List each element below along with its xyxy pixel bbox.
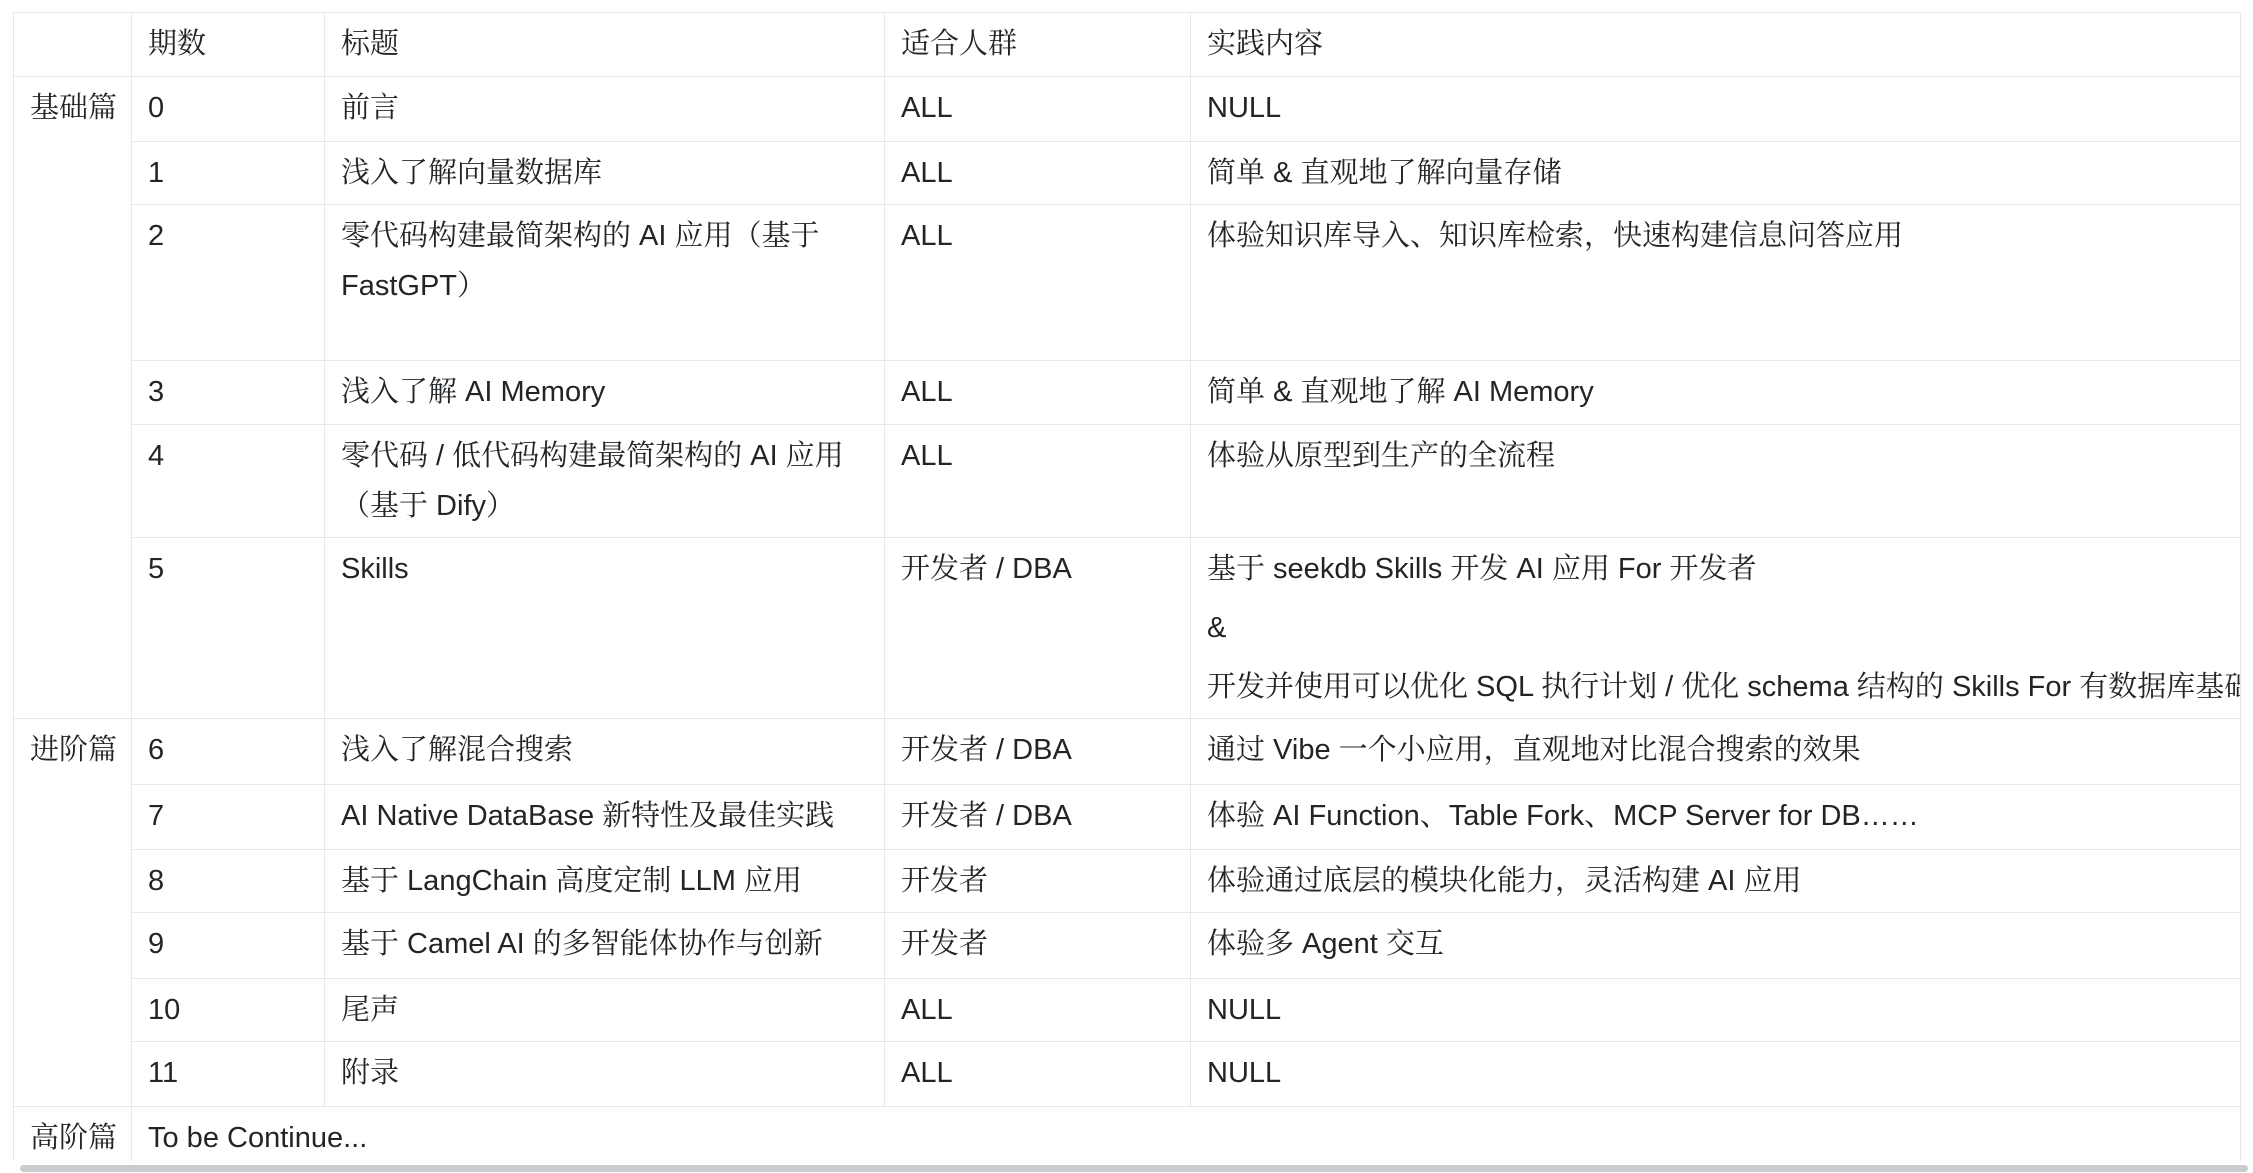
title-cell: 基于 LangChain 高度定制 LLM 应用 bbox=[325, 850, 885, 913]
audience-cell: 开发者 / DBA bbox=[885, 538, 1191, 719]
issue-cell: 11 bbox=[132, 1042, 325, 1107]
practice-cell: NULL bbox=[1191, 77, 2241, 142]
issue-cell: 7 bbox=[132, 785, 325, 850]
audience-cell: ALL bbox=[885, 77, 1191, 142]
practice-cell: 体验知识库导入、知识库检索，快速构建信息问答应用 bbox=[1191, 205, 2241, 361]
issue-cell: 6 bbox=[132, 719, 325, 785]
column-header-group bbox=[14, 13, 132, 77]
table-row: 7 AI Native DataBase 新特性及最佳实践 开发者 / DBA … bbox=[14, 785, 2241, 850]
title-cell: 浅入了解混合搜索 bbox=[325, 719, 885, 785]
issue-cell: 2 bbox=[132, 205, 325, 361]
audience-cell: ALL bbox=[885, 142, 1191, 205]
table-row: 11 附录 ALL NULL bbox=[14, 1042, 2241, 1107]
audience-cell: 开发者 / DBA bbox=[885, 719, 1191, 785]
issue-cell: 0 bbox=[132, 77, 325, 142]
course-plan-table-container: 期数 标题 适合人群 实践内容 基础篇 0 前言 ALL NULL 1 浅入了解… bbox=[13, 12, 2241, 1171]
title-cell: 前言 bbox=[325, 77, 885, 142]
practice-cell: 体验通过底层的模块化能力，灵活构建 AI 应用 bbox=[1191, 850, 2241, 913]
table-row: 2 零代码构建最简架构的 AI 应用（基于 FastGPT） ALL 体验知识库… bbox=[14, 205, 2241, 361]
practice-cell: 简单 & 直观地了解 AI Memory bbox=[1191, 361, 2241, 425]
title-cell: 基于 Camel AI 的多智能体协作与创新 bbox=[325, 913, 885, 979]
issue-cell: 10 bbox=[132, 979, 325, 1042]
issue-cell: 1 bbox=[132, 142, 325, 205]
table-row: 基础篇 0 前言 ALL NULL bbox=[14, 77, 2241, 142]
practice-cell: 体验多 Agent 交互 bbox=[1191, 913, 2241, 979]
horizontal-scrollbar-thumb[interactable] bbox=[20, 1165, 2248, 1172]
issue-cell: 5 bbox=[132, 538, 325, 719]
practice-cell: 体验从原型到生产的全流程 bbox=[1191, 425, 2241, 538]
practice-cell: 体验 AI Function、Table Fork、MCP Server for… bbox=[1191, 785, 2241, 850]
table-row: 4 零代码 / 低代码构建最简架构的 AI 应用（基于 Dify） ALL 体验… bbox=[14, 425, 2241, 538]
title-cell: 零代码 / 低代码构建最简架构的 AI 应用（基于 Dify） bbox=[325, 425, 885, 538]
table-row: 8 基于 LangChain 高度定制 LLM 应用 开发者 体验通过底层的模块… bbox=[14, 850, 2241, 913]
practice-cell: NULL bbox=[1191, 1042, 2241, 1107]
title-cell: Skills bbox=[325, 538, 885, 719]
table-row: 1 浅入了解向量数据库 ALL 简单 & 直观地了解向量存储 bbox=[14, 142, 2241, 205]
group-cell-advanced: 进阶篇 bbox=[14, 719, 132, 1107]
practice-cell: 基于 seekdb Skills 开发 AI 应用 For 开发者 & 开发并使… bbox=[1191, 538, 2241, 719]
horizontal-scrollbar[interactable] bbox=[0, 1161, 2253, 1173]
audience-cell: ALL bbox=[885, 205, 1191, 361]
issue-cell: 3 bbox=[132, 361, 325, 425]
table-row: 10 尾声 ALL NULL bbox=[14, 979, 2241, 1042]
table-row: 3 浅入了解 AI Memory ALL 简单 & 直观地了解 AI Memor… bbox=[14, 361, 2241, 425]
title-cell: 浅入了解向量数据库 bbox=[325, 142, 885, 205]
title-cell: AI Native DataBase 新特性及最佳实践 bbox=[325, 785, 885, 850]
course-plan-table: 期数 标题 适合人群 实践内容 基础篇 0 前言 ALL NULL 1 浅入了解… bbox=[13, 12, 2241, 1171]
table-row: 5 Skills 开发者 / DBA 基于 seekdb Skills 开发 A… bbox=[14, 538, 2241, 719]
issue-cell: 4 bbox=[132, 425, 325, 538]
audience-cell: ALL bbox=[885, 1042, 1191, 1107]
practice-cell: NULL bbox=[1191, 979, 2241, 1042]
column-header-audience: 适合人群 bbox=[885, 13, 1191, 77]
column-header-title: 标题 bbox=[325, 13, 885, 77]
table-row: 9 基于 Camel AI 的多智能体协作与创新 开发者 体验多 Agent 交… bbox=[14, 913, 2241, 979]
column-header-practice: 实践内容 bbox=[1191, 13, 2241, 77]
audience-cell: 开发者 bbox=[885, 850, 1191, 913]
audience-cell: ALL bbox=[885, 979, 1191, 1042]
audience-cell: 开发者 / DBA bbox=[885, 785, 1191, 850]
audience-cell: ALL bbox=[885, 425, 1191, 538]
title-cell: 零代码构建最简架构的 AI 应用（基于 FastGPT） bbox=[325, 205, 885, 361]
audience-cell: ALL bbox=[885, 361, 1191, 425]
group-cell-basics: 基础篇 bbox=[14, 77, 132, 719]
title-cell: 附录 bbox=[325, 1042, 885, 1107]
title-cell: 浅入了解 AI Memory bbox=[325, 361, 885, 425]
audience-cell: 开发者 bbox=[885, 913, 1191, 979]
practice-cell: 简单 & 直观地了解向量存储 bbox=[1191, 142, 2241, 205]
issue-cell: 8 bbox=[132, 850, 325, 913]
practice-cell: 通过 Vibe 一个小应用，直观地对比混合搜索的效果 bbox=[1191, 719, 2241, 785]
issue-cell: 9 bbox=[132, 913, 325, 979]
table-row: 进阶篇 6 浅入了解混合搜索 开发者 / DBA 通过 Vibe 一个小应用，直… bbox=[14, 719, 2241, 785]
header-row: 期数 标题 适合人群 实践内容 bbox=[14, 13, 2241, 77]
title-cell: 尾声 bbox=[325, 979, 885, 1042]
column-header-issue: 期数 bbox=[132, 13, 325, 77]
